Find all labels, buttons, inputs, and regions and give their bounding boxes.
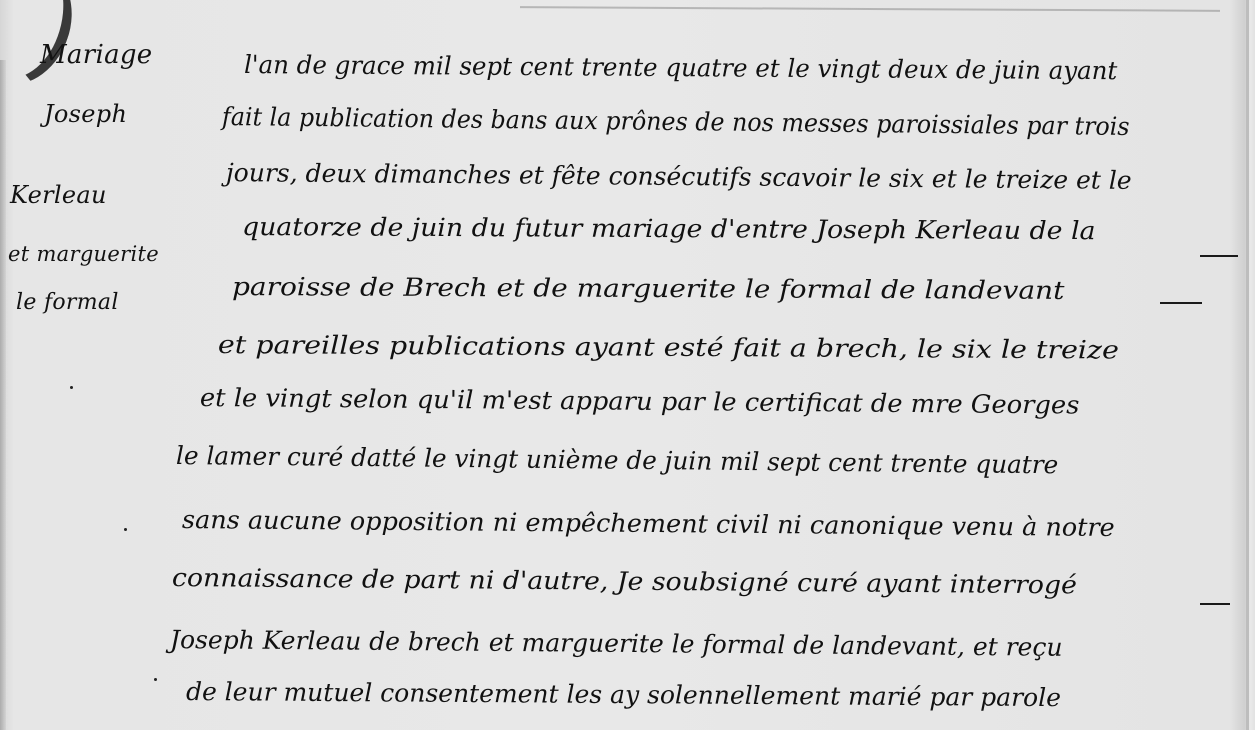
body-line-8: le lamer curé datté le vingt unième de j… <box>176 443 1059 477</box>
ink-speck <box>124 528 127 531</box>
body-line-4: quatorze de juin du futur mariage d'entr… <box>242 214 1096 243</box>
faint-top-rule <box>520 6 1220 12</box>
margin-groom-surname: Kerleau <box>10 183 107 207</box>
margin-note: Mariage Joseph Kerleau et marguerite le … <box>0 0 210 360</box>
body-line-9: sans aucune opposition ni empêchement ci… <box>182 507 1115 540</box>
margin-groom-first-name: Joseph <box>44 102 127 126</box>
body-line-7: et le vingt selon qu'il m'est apparu par… <box>200 385 1080 417</box>
body-line-6: et pareilles publications ayant esté fai… <box>218 332 1119 363</box>
body-line-1: l'an de grace mil sept cent trente quatr… <box>244 52 1117 83</box>
body-line-3: jours, deux dimanches et fête consécutif… <box>226 160 1132 193</box>
ink-speck <box>70 386 73 389</box>
body-line-10: connaissance de part ni d'autre, Je soub… <box>172 565 1077 597</box>
body-line-11: Joseph Kerleau de brech et marguerite le… <box>170 627 1063 660</box>
body-line-2: fait la publication des bans aux prônes … <box>222 104 1130 139</box>
margin-title: Mariage <box>40 42 153 68</box>
margin-bride-surname: le formal <box>16 292 119 314</box>
margin-bride-first-name: et marguerite <box>8 244 159 265</box>
body-line-5: paroisse de Brech et de marguerite le fo… <box>232 274 1065 303</box>
line-end-dash <box>1160 302 1202 304</box>
ink-speck <box>154 678 157 681</box>
scanned-register-page: Mariage Joseph Kerleau et marguerite le … <box>0 0 1255 730</box>
page-binding-fold <box>1246 0 1249 730</box>
line-end-dash <box>1200 603 1230 605</box>
body-line-12: de leur mutuel consentement les ay solen… <box>186 679 1061 710</box>
line-end-dash <box>1200 255 1238 257</box>
